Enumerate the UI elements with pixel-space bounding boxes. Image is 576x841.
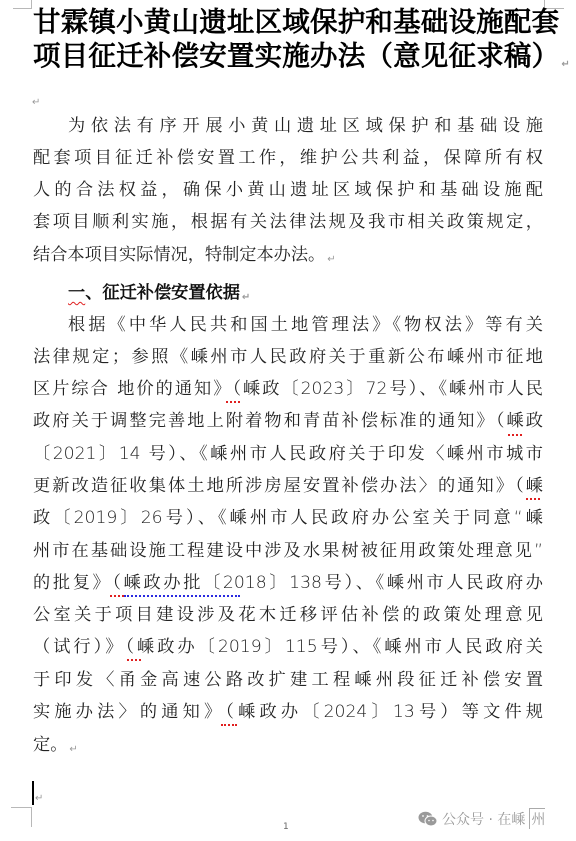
text-line: 套项目顺利实施，根据有关法律法规及我市相关政策规定， <box>33 206 543 238</box>
text-line: 为依法有序开展小黄山遗址区域保护和基础设施 <box>68 110 543 142</box>
grammar-squiggle <box>124 592 240 597</box>
document-title-line-1: 甘霖镇小黄山遗址区域保护和基础设施配套 <box>33 5 543 39</box>
paragraph-mark-icon: ↵ <box>35 793 43 804</box>
document-title-line-2: 项目征迁补偿安置实施办法（意见征求稿）↵ <box>33 39 543 82</box>
spellcheck-squiggle <box>508 431 522 436</box>
text-line: 实施办法〉的通知》（嵊政办〔2024〕13号）等文件规 <box>33 696 543 728</box>
page-number: 1 <box>283 822 289 832</box>
text-line: 于印发〈甬金高速公路改扩建工程嵊州段征迁补偿安置 <box>33 664 543 696</box>
wechat-icon <box>418 811 438 827</box>
empty-paragraph[interactable]: ↵ <box>33 784 43 804</box>
watermark-text-last: 州 <box>529 808 545 829</box>
text-line: 政府关于调整完善地上附着物和青苗补偿标准的通知》（嵊政 <box>33 405 543 437</box>
watermark-text: 公众号 · 在嵊 <box>442 809 525 829</box>
paragraph-mark-icon: ↵ <box>32 97 40 108</box>
paragraph-mark-icon: ↵ <box>69 744 77 755</box>
text-line: 根据《中华人民共和国土地管理法》《物权法》等有关 <box>68 309 543 341</box>
text-line: 法律规定；参照《嵊州市人民政府关于重新公布嵊州市征地 <box>33 341 543 373</box>
text-line: 区片综合 地价的通知》（嵊政〔2023〕72号）、《嵊州市人民 <box>33 373 543 405</box>
crop-mark-top-left-h <box>13 8 32 9</box>
title-text-2: 项目征迁补偿安置实施办法（意见征求稿） <box>33 40 559 72</box>
text-line: 〔2021〕14 号）、《嵊州市人民政府关于印发〈嵊州市城市 <box>33 438 543 470</box>
crop-mark-top-left-v <box>31 0 32 9</box>
section-number: 一 <box>68 283 85 303</box>
spellcheck-squiggle <box>110 592 124 597</box>
title-text-1: 甘霖镇小黄山遗址区域保护和基础设施配套 <box>33 6 559 38</box>
spellcheck-squiggle <box>221 721 237 726</box>
paragraph-mark-icon: ↵ <box>242 292 250 303</box>
crop-mark-bottom-left-h <box>11 807 32 808</box>
text-line-last: 定。↵ <box>33 729 543 761</box>
spellcheck-squiggle <box>526 495 540 500</box>
watermark: 公众号 · 在嵊州 <box>418 808 545 829</box>
section-heading-text: 、征迁补偿安置依据 <box>85 283 240 303</box>
text-line: 人的合法权益，确保小黄山遗址区域保护和基础设施配 <box>33 174 543 206</box>
text-line: 配套项目征迁补偿安置工作，维护公共利益，保障所有权 <box>33 142 543 174</box>
document-page: 甘霖镇小黄山遗址区域保护和基础设施配套 项目征迁补偿安置实施办法（意见征求稿）↵… <box>0 0 576 841</box>
text-line-content: 结合本项目实际情况，特制定本办法。 <box>33 245 325 265</box>
paragraph-mark-icon: ↵ <box>327 254 335 265</box>
empty-paragraph[interactable]: ↵ <box>30 88 40 108</box>
spellcheck-squiggle <box>226 398 240 403</box>
text-line: （试行）》（嵊政办〔2019〕115号）、《嵊州市人民政府关 <box>33 631 543 663</box>
text-line-content: 定。 <box>33 735 67 755</box>
paragraph-mark-icon: ↵ <box>561 59 570 70</box>
text-line: 更新改造征收集体土地所涉房屋安置补偿办法〉的通知》（嵊 <box>33 470 543 502</box>
text-line: 州市在基础设施工程建设中涉及水果树被征用政策处理意见” <box>33 535 543 567</box>
text-line: 公室关于项目建设涉及花木迁移评估补偿的政策处理意见 <box>33 599 543 631</box>
crop-mark-bottom-left-v <box>31 807 32 827</box>
spellcheck-squiggle <box>127 656 141 661</box>
section-heading[interactable]: 一、征迁补偿安置依据↵ <box>68 277 250 309</box>
text-line-last: 结合本项目实际情况，特制定本办法。↵ <box>33 239 543 271</box>
text-line: 政〔2019〕26号）、《嵊州市人民政府办公室关于同意“嵊 <box>33 502 543 534</box>
